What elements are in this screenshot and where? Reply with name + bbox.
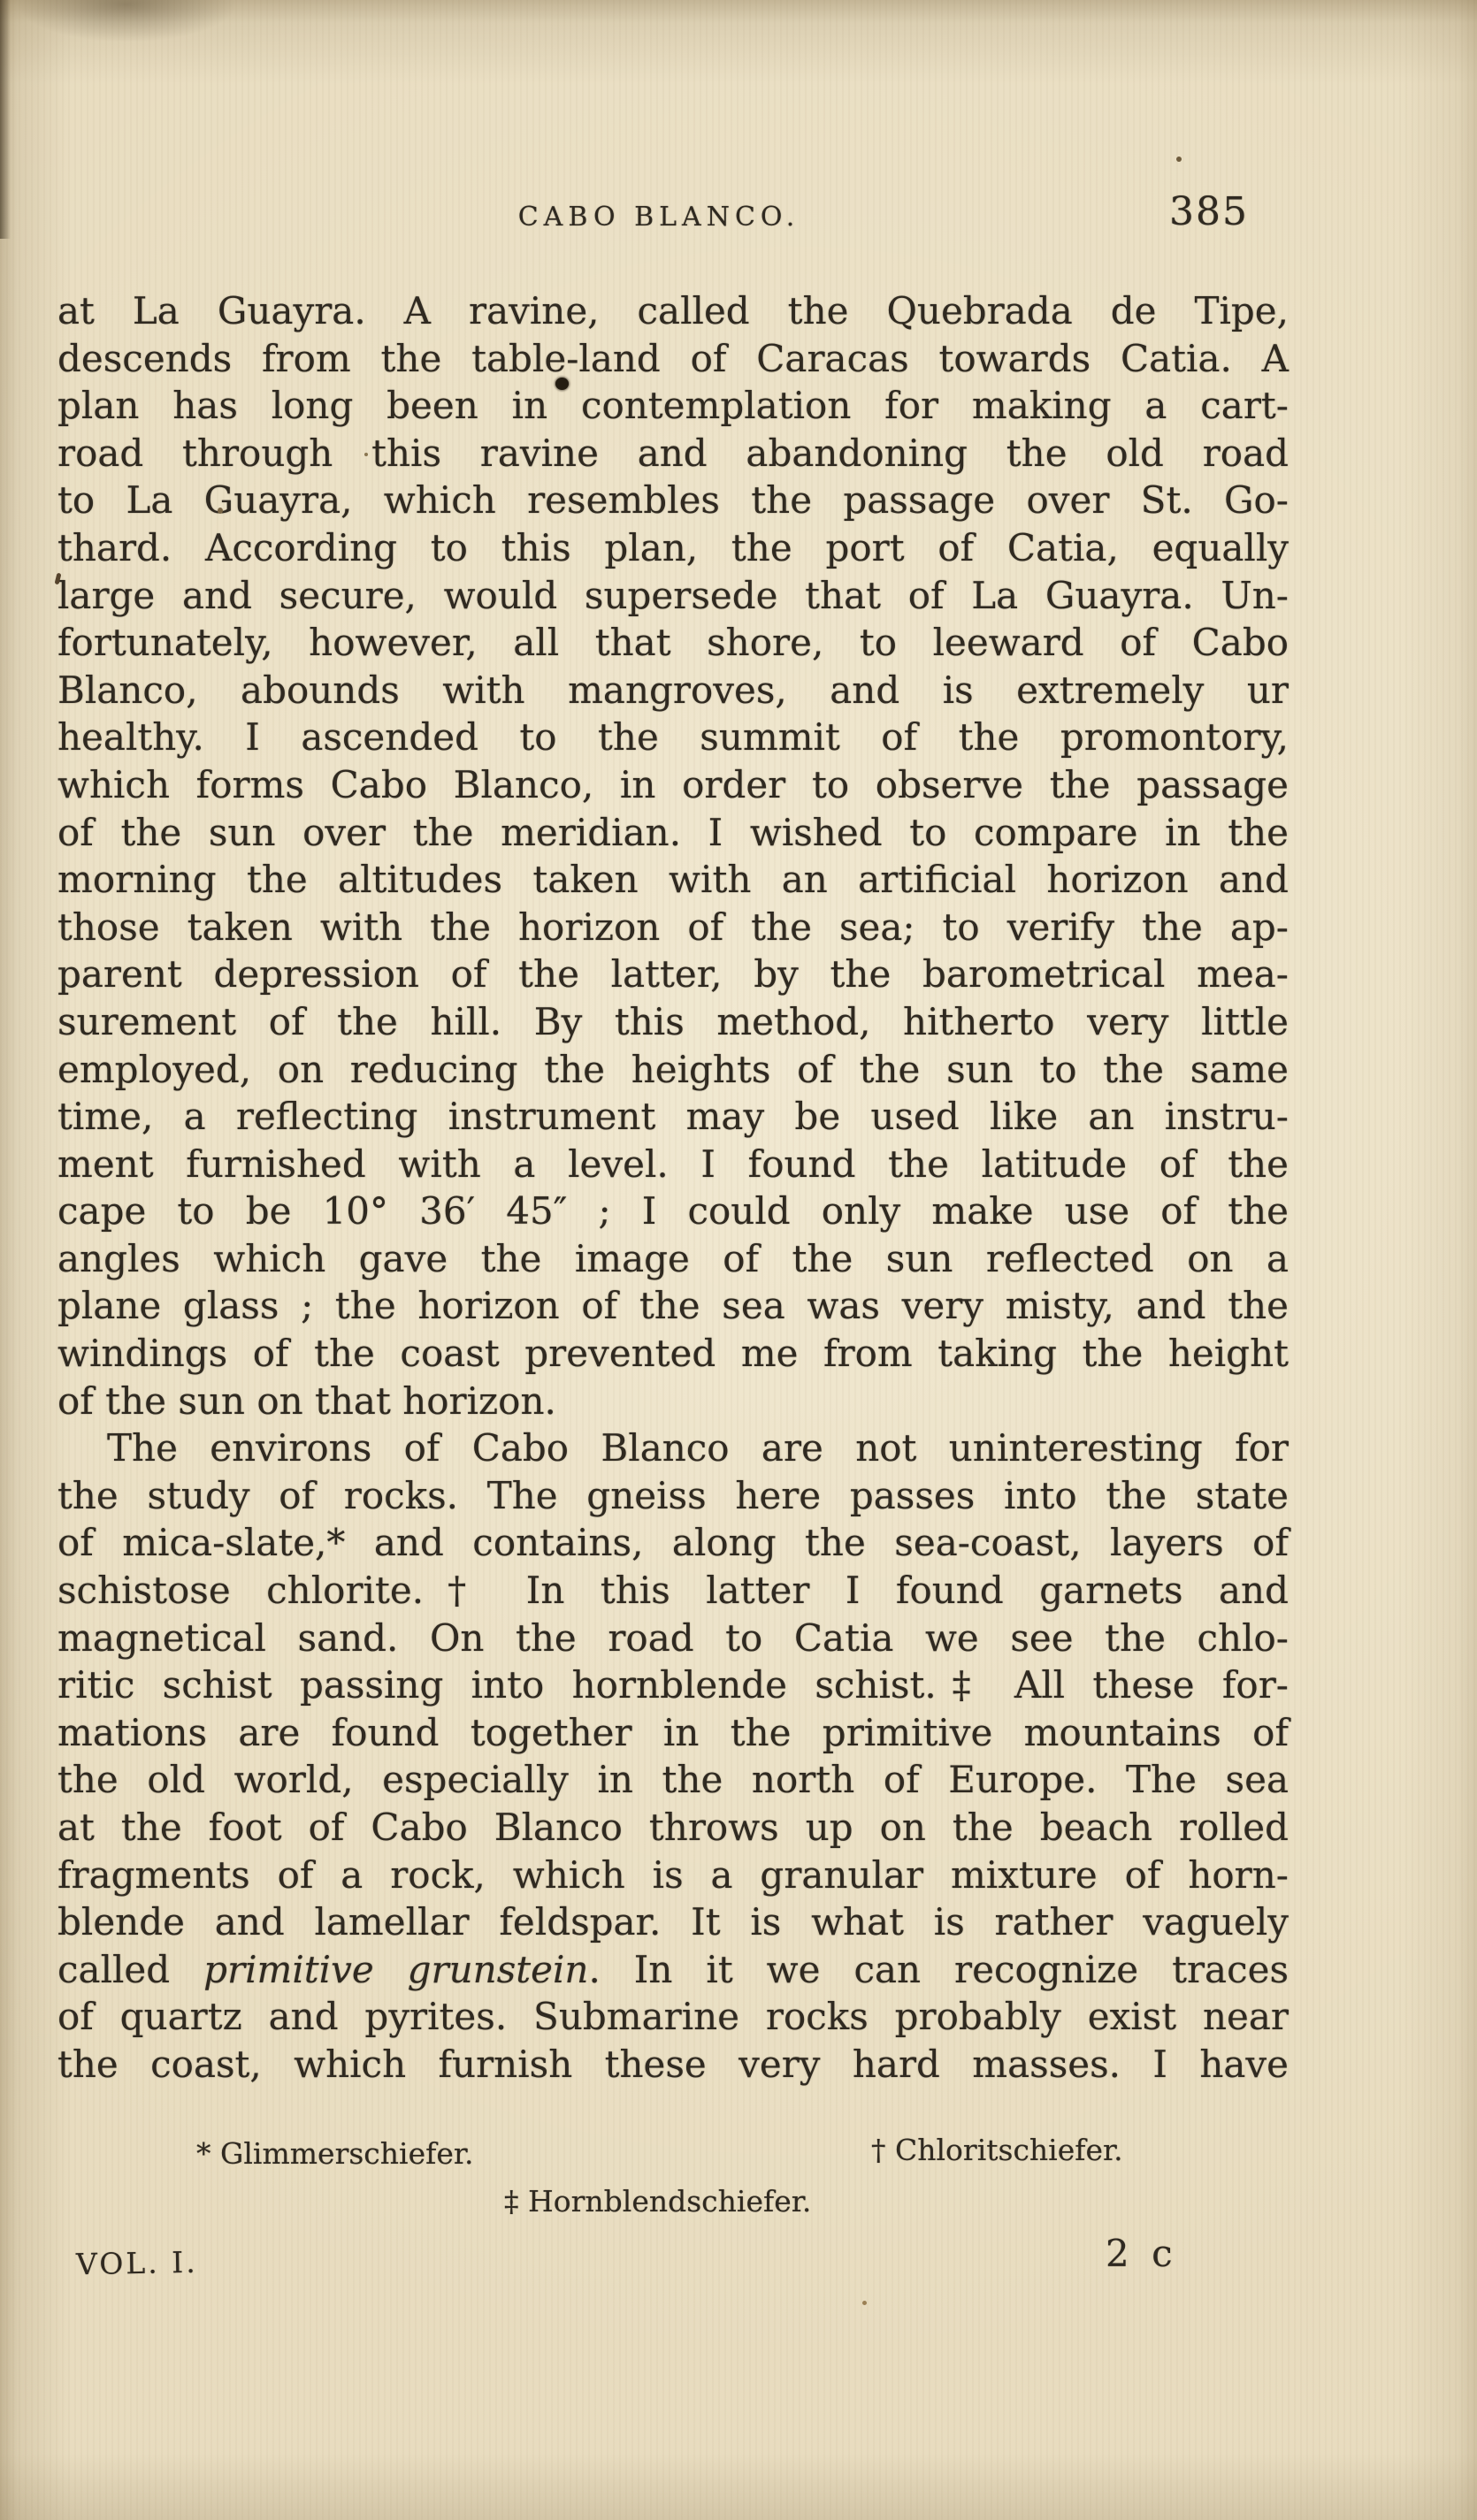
text-line: schistose chlorite.† In this latter I fo… <box>57 1567 1289 1615</box>
text-line: magnetical sand. On the road to Catia we… <box>57 1615 1289 1662</box>
text-line: plan has long been in contemplation for … <box>57 382 1289 430</box>
text-line: mations are found together in the primit… <box>57 1709 1289 1757</box>
text-line: morning the altitudes taken with an arti… <box>57 856 1289 904</box>
text-line: fortunately, however, all that shore, to… <box>57 619 1289 667</box>
text-line: of the sun over the meridian. I wished t… <box>57 809 1289 857</box>
text-line: the coast, which furnish these very hard… <box>57 2041 1289 2089</box>
paper-speck <box>862 2301 867 2305</box>
footnote-hornblendschiefer: ‡ Hornblendschiefer. <box>504 2184 811 2218</box>
page-number: 385 <box>1169 189 1249 234</box>
text-line: cape to be 10° 36′ 45″ ; I could only ma… <box>57 1187 1289 1235</box>
text-line: thard. According to this plan, the port … <box>57 524 1289 572</box>
italic-term: primitive grunstein <box>203 1948 588 1991</box>
text-line: fragments of a rock, which is a granular… <box>57 1852 1289 1899</box>
text-segment: called <box>57 1948 203 1991</box>
scan-corner-smudge <box>16 0 237 42</box>
printers-signature: 2 c <box>1106 2232 1178 2275</box>
paper-speck <box>1176 157 1182 162</box>
text-line: ment furnished with a level. I found the… <box>57 1141 1289 1188</box>
text-line: ritic schist passing into hornblende sch… <box>57 1661 1289 1709</box>
page-header-title: CABO BLANCO. <box>518 202 800 233</box>
text-line: surement of the hill. By this method, hi… <box>57 998 1289 1046</box>
text-line: parent depression of the latter, by the … <box>57 951 1289 998</box>
text-line: healthy. I ascended to the summit of the… <box>57 714 1289 761</box>
text-line: to La Guayra, which resembles the passag… <box>57 477 1289 524</box>
text-line: blende and lamellar feldspar. It is what… <box>57 1898 1289 1946</box>
text-line: angles which gave the image of the sun r… <box>57 1235 1289 1283</box>
text-line: Blanco, abounds with mangroves, and is e… <box>57 667 1289 714</box>
text-line: large and secure, would supersede that o… <box>57 572 1289 620</box>
text-segment: . In it we can recognize traces <box>588 1948 1289 1991</box>
text-line: of quartz and pyrites. Submarine rocks p… <box>57 1993 1289 2041</box>
text-line: The environs of Cabo Blanco are not unin… <box>57 1424 1289 1472</box>
footnote-chloritschiefer: † Chloritschiefer. <box>871 2133 1123 2167</box>
text-line: time, a reflecting instrument may be use… <box>57 1093 1289 1141</box>
text-line: called primitive grunstein. In it we can… <box>57 1946 1289 1994</box>
text-line: at the foot of Cabo Blanco throws up on … <box>57 1804 1289 1852</box>
text-line: of mica-slate,* and contains, along the … <box>57 1519 1289 1567</box>
text-line: those taken with the horizon of the sea;… <box>57 904 1289 951</box>
text-line: the study of rocks. The gneiss here pass… <box>57 1472 1289 1520</box>
body-text: at La Guayra. A ravine, called the Quebr… <box>57 287 1289 2089</box>
text-line: at La Guayra. A ravine, called the Quebr… <box>57 287 1289 335</box>
running-header: CABO BLANCO. <box>0 202 1318 233</box>
text-line: which forms Cabo Blanco, in order to obs… <box>57 761 1289 809</box>
text-line: road through this ravine and abandoning … <box>57 430 1289 477</box>
book-page: CABO BLANCO. 385 at La Guayra. A ravine,… <box>0 0 1477 2520</box>
text-line: plane glass ; the horizon of the sea was… <box>57 1282 1289 1330</box>
footnote-glimmerschiefer: * Glimmerschiefer. <box>196 2136 473 2171</box>
text-line: employed, on reducing the heights of the… <box>57 1046 1289 1094</box>
text-line: of the sun on that horizon. <box>57 1378 1289 1425</box>
text-line: windings of the coast prevented me from … <box>57 1330 1289 1378</box>
volume-label: VOL. I. <box>76 2245 198 2281</box>
paragraph: at La Guayra. A ravine, called the Quebr… <box>57 287 1289 1424</box>
paragraph: The environs of Cabo Blanco are not unin… <box>57 1424 1289 2088</box>
text-line: descends from the table-land of Caracas … <box>57 335 1289 383</box>
text-line: the old world, especially in the north o… <box>57 1756 1289 1804</box>
